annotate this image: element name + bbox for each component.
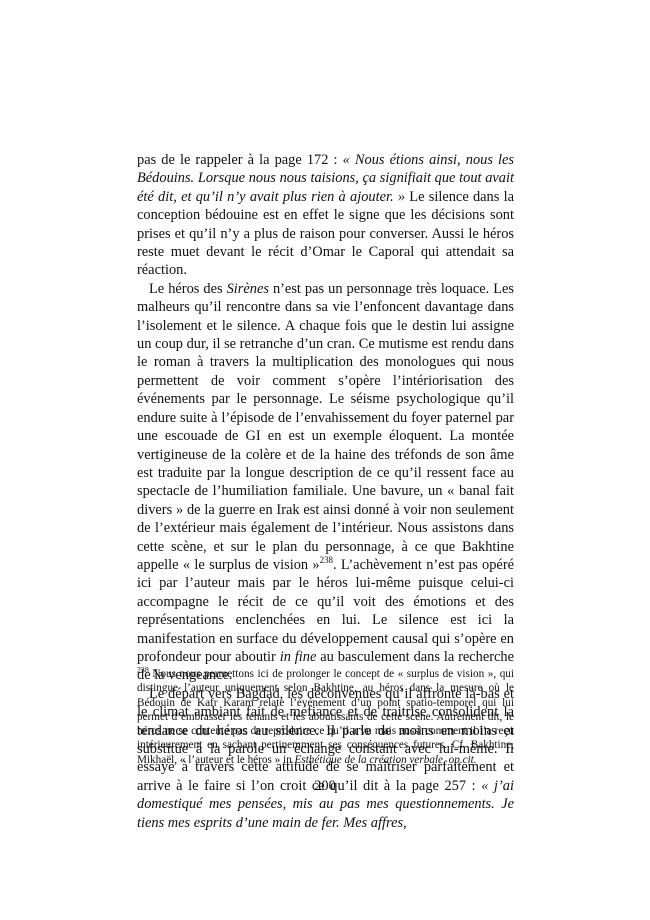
citation-abbrev: op.cit. bbox=[449, 754, 477, 766]
text-span: n’est pas un personnage très loquace. Le… bbox=[137, 281, 514, 573]
text-span: Le héros des bbox=[149, 281, 227, 297]
emphasis: in fine bbox=[280, 649, 317, 665]
book-title: Esthétique de la création verbale bbox=[295, 754, 444, 766]
footnote-section: 238 Nous nous permettons ici de prolonge… bbox=[137, 667, 514, 767]
page-number: 200 bbox=[0, 778, 650, 795]
paragraph-1: pas de le rappeler à la page 172 : « Nou… bbox=[137, 151, 514, 280]
footnote-number: 238 bbox=[137, 665, 149, 674]
text-span: pas de le rappeler à la page 172 : bbox=[137, 152, 343, 168]
novel-title: Sirènes bbox=[227, 281, 269, 297]
paragraph-2: Le héros des Sirènes n’est pas un person… bbox=[137, 280, 514, 685]
footnote-238: 238 Nous nous permettons ici de prolonge… bbox=[137, 667, 514, 767]
document-page: pas de le rappeler à la page 172 : « Nou… bbox=[0, 0, 650, 920]
footnote-reference[interactable]: 238 bbox=[320, 555, 333, 565]
text-span: Nous nous permettons ici de prolonger le… bbox=[137, 668, 514, 766]
